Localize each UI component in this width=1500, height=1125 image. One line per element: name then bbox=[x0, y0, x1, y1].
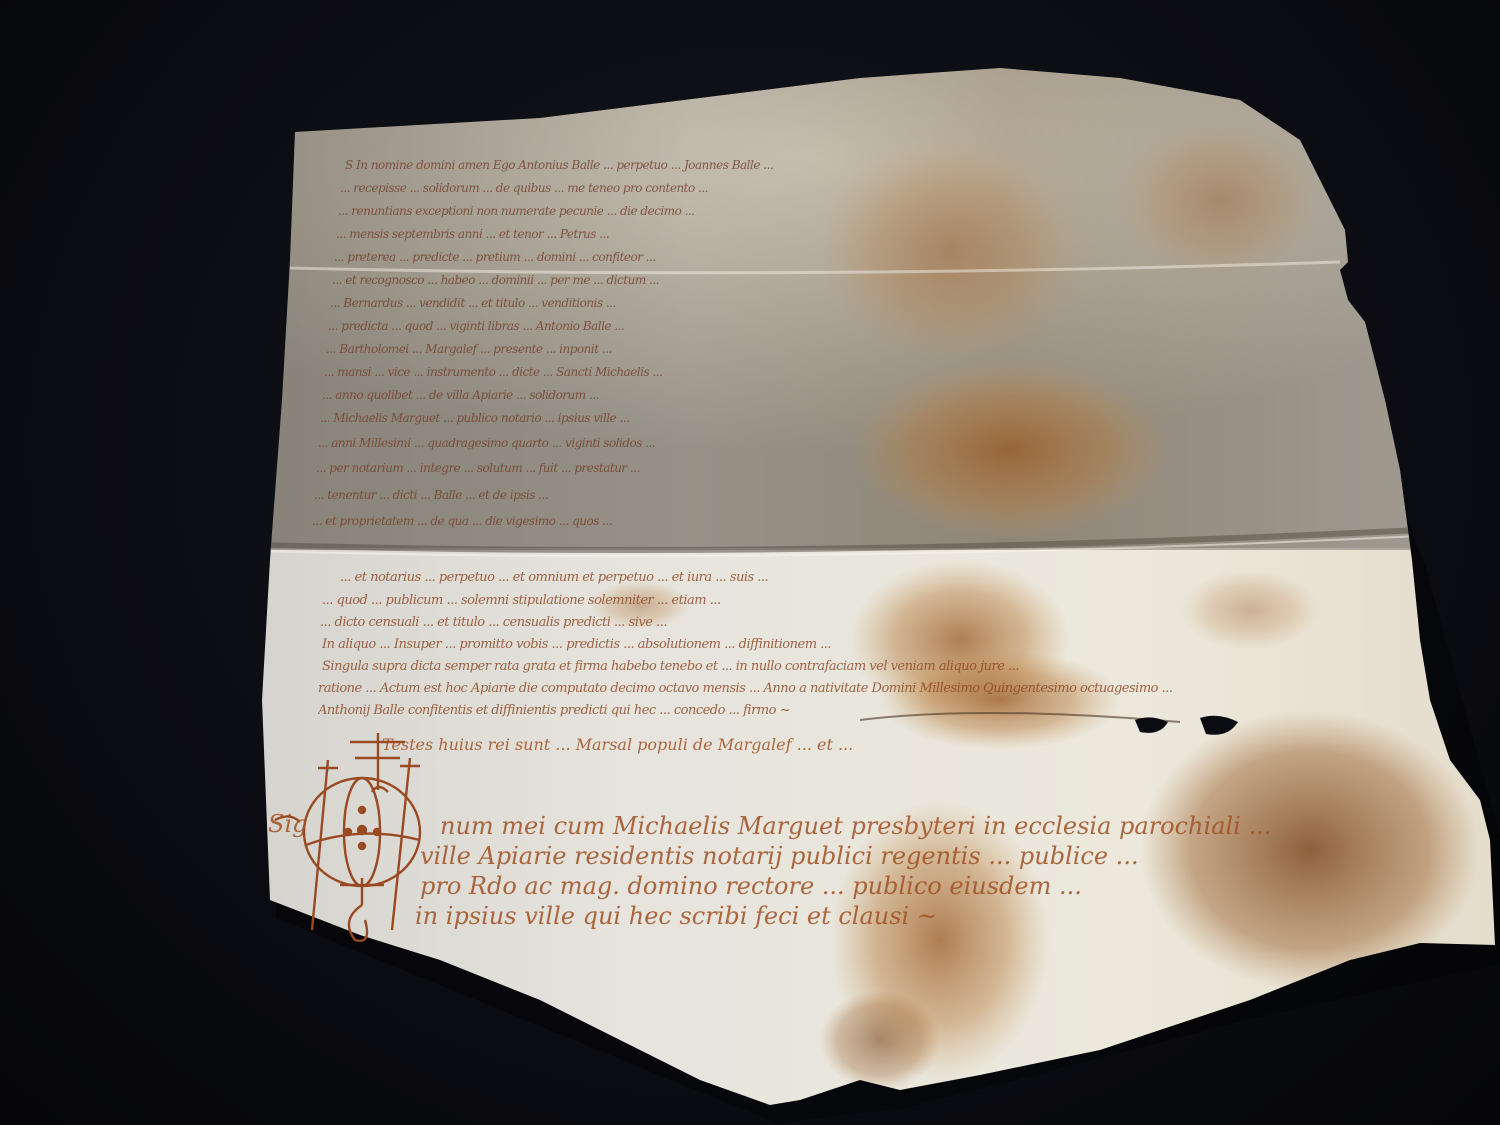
subscription-line: pro Rdo ac mag. domino rectore ... publi… bbox=[420, 872, 1340, 900]
text-line: Singula supra dicta semper rata grata et… bbox=[322, 659, 1412, 674]
text-line: ... et recognosco ... habeo ... dominii … bbox=[332, 273, 1332, 287]
text-line: ... tenentur ... dicti ... Balle ... et … bbox=[314, 488, 1404, 502]
subscription-line: num mei cum Michaelis Marguet presbyteri… bbox=[440, 812, 1340, 840]
photo-stage: S In nomine domini amen Ego Antonius Bal… bbox=[0, 0, 1500, 1125]
text-line: ... dicto censuali ... et titulo ... cen… bbox=[320, 615, 1410, 630]
text-line: ... anno quolibet ... de villa Apiarie .… bbox=[322, 388, 1372, 402]
text-line: ... per notarium ... integre ... solutum… bbox=[316, 461, 1396, 475]
text-line: ... Michaelis Marguet ... publico notari… bbox=[320, 411, 1380, 425]
subscription-line: ville Apiarie residentis notarij publici… bbox=[420, 842, 1340, 870]
text-line: ... et proprietatem ... de qua ... die v… bbox=[312, 514, 1402, 528]
text-line: ... quod ... publicum ... solemni stipul… bbox=[322, 593, 1412, 608]
text-line: ... anni Millesimi ... quadragesimo quar… bbox=[318, 436, 1388, 450]
text-line: ... recepisse ... solidorum ... de quibu… bbox=[340, 181, 1300, 195]
text-line: ... et notarius ... perpetuo ... et omni… bbox=[340, 570, 1400, 585]
subscription-line: in ipsius ville qui hec scribi feci et c… bbox=[415, 902, 1035, 930]
text-line: Anthonij Balle confitentis et diffinient… bbox=[318, 703, 1078, 718]
text-line: ... renuntians exceptioni non numerate p… bbox=[338, 204, 1308, 218]
text-line: ... mensis septembris anni ... et tenor … bbox=[336, 227, 1316, 241]
text-line: ... predicta ... quod ... viginti libras… bbox=[328, 319, 1348, 333]
text-line: In aliquo ... Insuper ... promitto vobis… bbox=[322, 637, 1412, 652]
sign-label: Sig bbox=[268, 810, 328, 838]
text-line: S In nomine domini amen Ego Antonius Bal… bbox=[345, 158, 1295, 172]
text-line: ratione ... Actum est hoc Apiarie die co… bbox=[318, 681, 1408, 696]
text-line: ... Bartholomei ... Margalef ... present… bbox=[326, 342, 1356, 356]
witness-line: Testes huius rei sunt ... Marsal populi … bbox=[382, 735, 1142, 754]
text-line: ... preterea ... predicte ... pretium ..… bbox=[334, 250, 1324, 264]
text-line: ... mansi ... vice ... instrumento ... d… bbox=[324, 365, 1364, 379]
text-line: ... Bernardus ... vendidit ... et titulo… bbox=[330, 296, 1340, 310]
